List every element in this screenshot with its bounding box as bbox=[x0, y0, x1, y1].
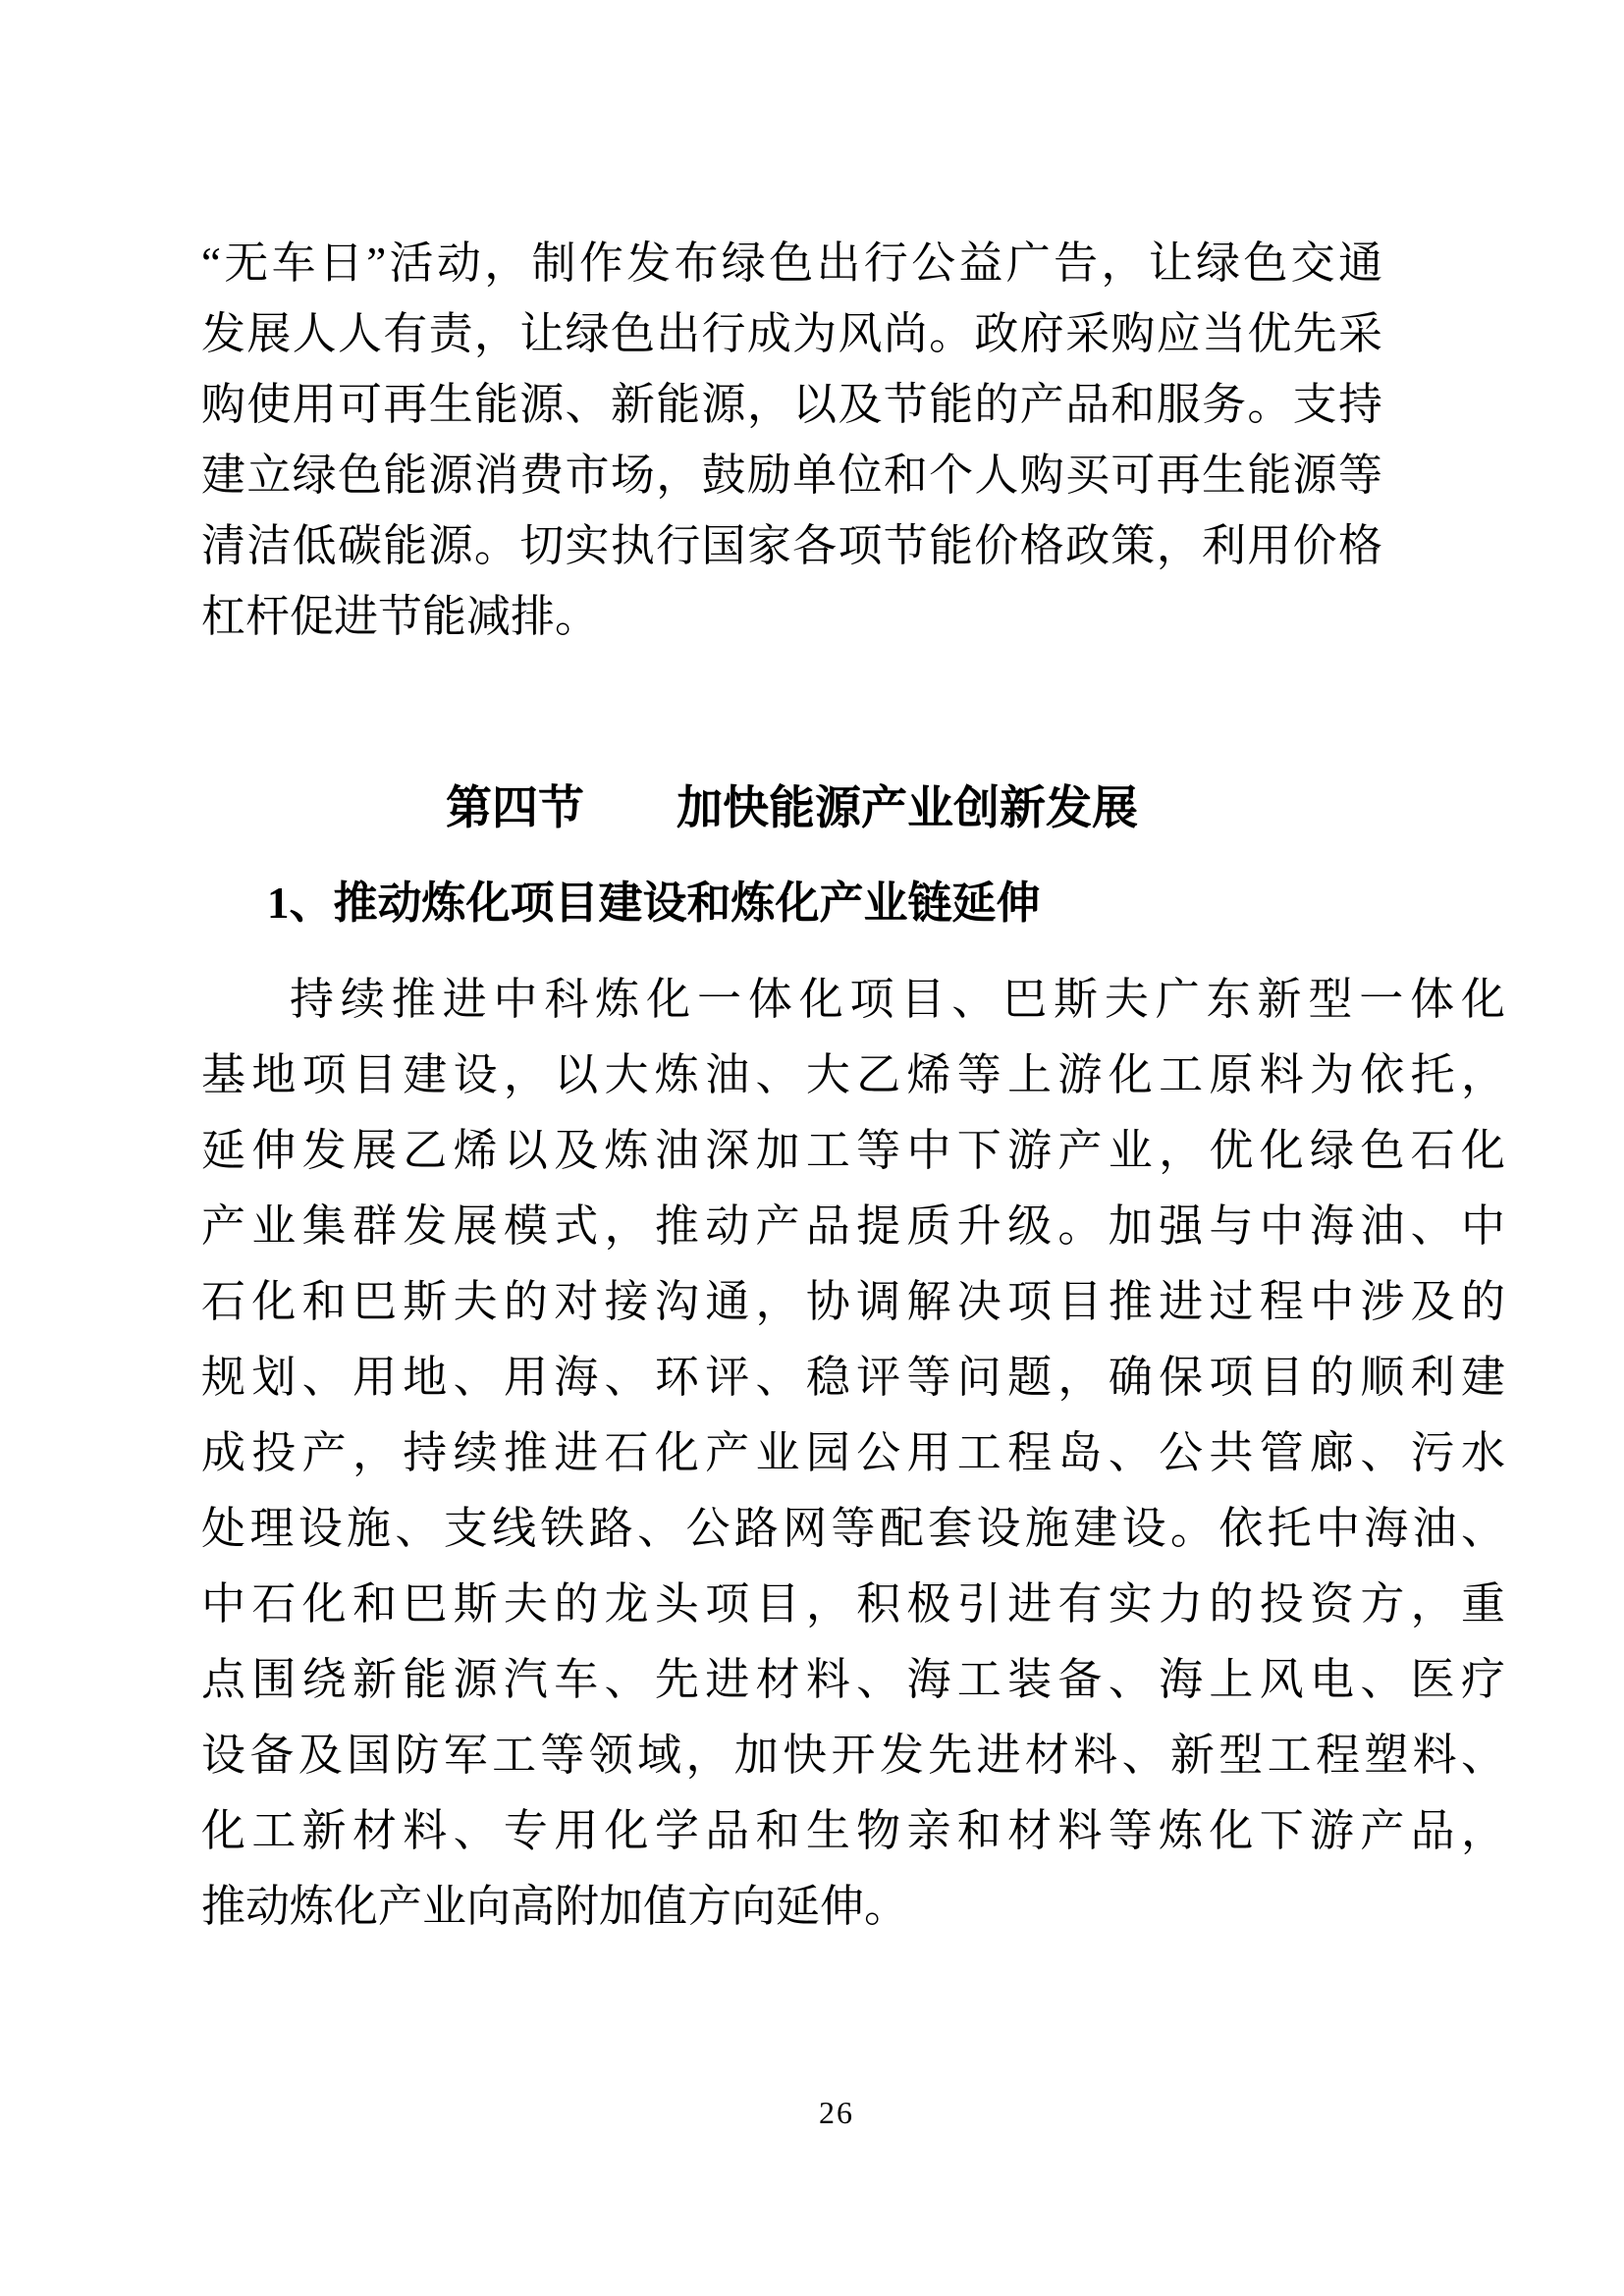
text-line: 建立绿色能源消费市场，鼓励单位和个人购买可再生能源等 bbox=[201, 440, 1382, 510]
text-line: 化工新材料、专用化学品和生物亲和材料等炼化下游产品， bbox=[201, 1793, 1505, 1869]
text-line: 持续推进中科炼化一体化项目、巴斯夫广东新型一体化 bbox=[201, 962, 1505, 1038]
text-line: 成投产，持续推进石化产业园公用工程岛、公共管廊、污水 bbox=[201, 1415, 1505, 1491]
section-heading: 第四节 加快能源产业创新发展 bbox=[201, 779, 1382, 838]
section-subheading: 1、推动炼化项目建设和炼化产业链延伸 bbox=[267, 876, 1041, 931]
text-line: 推动炼化产业向高附加值方向延伸。 bbox=[201, 1869, 1505, 1945]
text-line: 点围绕新能源汽车、先进材料、海工装备、海上风电、医疗 bbox=[201, 1642, 1505, 1718]
text-line: 延伸发展乙烯以及炼油深加工等中下游产业，优化绿色石化 bbox=[201, 1113, 1505, 1189]
text-line: 规划、用地、用海、环评、稳评等问题，确保项目的顺利建 bbox=[201, 1340, 1505, 1415]
text-line: 购使用可再生能源、新能源，以及节能的产品和服务。支持 bbox=[201, 369, 1382, 440]
text-line: 石化和巴斯夫的对接沟通，协调解决项目推进过程中涉及的 bbox=[201, 1264, 1505, 1340]
document-page: “无车日”活动，制作发布绿色出行公益广告，让绿色交通 发展人人有责，让绿色出行成… bbox=[0, 0, 1624, 2296]
text-line: 杠杆促进节能减排。 bbox=[201, 581, 1382, 652]
text-line: 基地项目建设，以大炼油、大乙烯等上游化工原料为依托， bbox=[201, 1038, 1505, 1113]
text-line: 处理设施、支线铁路、公路网等配套设施建设。依托中海油、 bbox=[201, 1491, 1505, 1567]
text-line: “无车日”活动，制作发布绿色出行公益广告，让绿色交通 bbox=[201, 228, 1382, 298]
text-line: 产业集群发展模式，推动产品提质升级。加强与中海油、中 bbox=[201, 1189, 1505, 1264]
text-line: 发展人人有责，让绿色出行成为风尚。政府采购应当优先采 bbox=[201, 298, 1382, 369]
paragraph-continuation: “无车日”活动，制作发布绿色出行公益广告，让绿色交通 发展人人有责，让绿色出行成… bbox=[201, 228, 1382, 652]
paragraph-body: 持续推进中科炼化一体化项目、巴斯夫广东新型一体化 基地项目建设，以大炼油、大乙烯… bbox=[201, 962, 1505, 1945]
text-line: 设备及国防军工等领域，加快开发先进材料、新型工程塑料、 bbox=[201, 1718, 1505, 1793]
text-line: 中石化和巴斯夫的龙头项目，积极引进有实力的投资方，重 bbox=[201, 1567, 1505, 1642]
text-line: 清洁低碳能源。切实执行国家各项节能价格政策，利用价格 bbox=[201, 510, 1382, 581]
page-number: 26 bbox=[201, 2093, 1472, 2132]
